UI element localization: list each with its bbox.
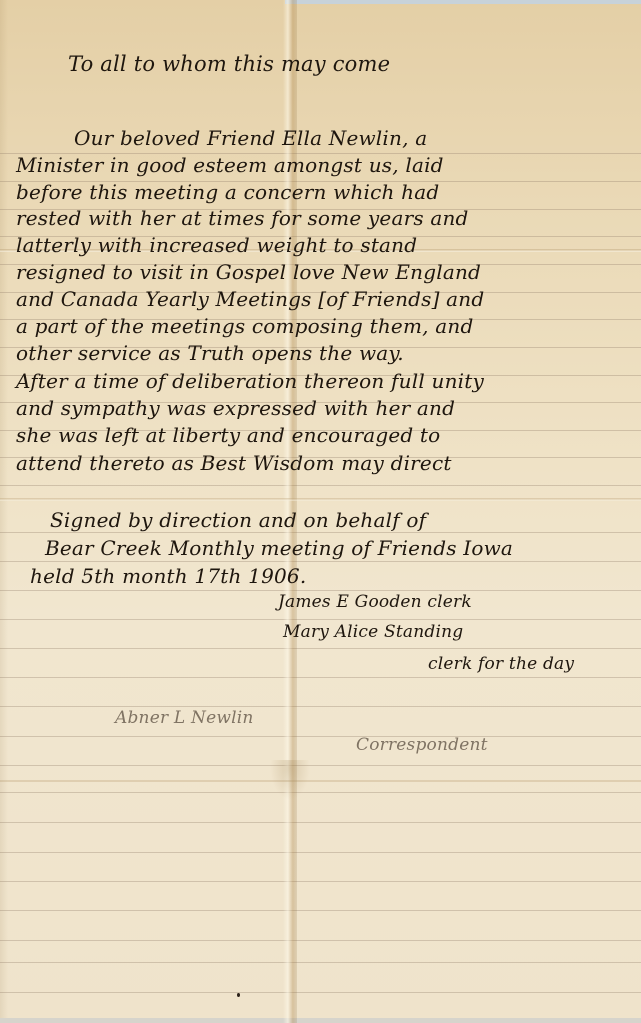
body-line: attend thereto as Best Wisdom may direct [16,451,452,475]
ruled-line [0,532,641,533]
ruled-line [0,736,641,737]
background-bottom-strip [0,1018,641,1023]
ruled-line [0,910,641,911]
faint-signature-role: Correspondent [356,735,488,755]
signature-clerk: James E Gooden clerk [278,592,472,612]
background-top-strip [285,0,641,4]
body-line: After a time of deliberation thereon ful… [16,369,484,393]
body-line: latterly with increased weight to stand [16,233,417,257]
body-line: before this meeting a concern which had [16,180,439,204]
ruled-line [0,619,641,620]
ruled-line [0,677,641,678]
ruled-line [0,940,641,941]
ruled-line [0,792,641,793]
ruled-line [0,765,641,766]
ruled-line [0,822,641,823]
ruled-line [0,590,641,591]
body-line: Minister in good esteem amongst us, laid [16,153,444,177]
body-line: other service as Truth opens the way. [16,341,404,365]
ruled-line [0,485,641,486]
body-line: Our beloved Friend Ella Newlin, a [74,126,427,150]
closing-line: held 5th month 17th 1906. [30,564,306,588]
body-line: and sympathy was expressed with her and [16,396,455,420]
ruled-line [0,648,641,649]
signature-clerk-for-day: Mary Alice Standing [283,622,463,642]
ruled-line [0,881,641,882]
body-line: and Canada Yearly Meetings [of Friends] … [16,287,484,311]
ink-speck [237,993,240,997]
faint-signature-name: Abner L Newlin [115,708,254,728]
crease-wrinkle [270,760,310,800]
ruled-line [0,706,641,707]
body-line: a part of the meetings composing them, a… [16,314,473,338]
horizontal-fold-crease [0,498,641,501]
signature-role: clerk for the day [428,654,574,674]
ruled-line [0,561,641,562]
ruled-line [0,962,641,963]
closing-line: Bear Creek Monthly meeting of Friends Io… [45,536,513,560]
body-line: resigned to visit in Gospel love New Eng… [16,260,481,284]
body-line: rested with her at times for some years … [16,206,469,230]
closing-line: Signed by direction and on behalf of [50,508,426,532]
salutation-heading: To all to whom this may come [68,52,390,76]
body-line: she was left at liberty and encouraged t… [16,423,440,447]
horizontal-fold-crease [0,780,641,782]
ruled-line [0,992,641,993]
ruled-line [0,852,641,853]
